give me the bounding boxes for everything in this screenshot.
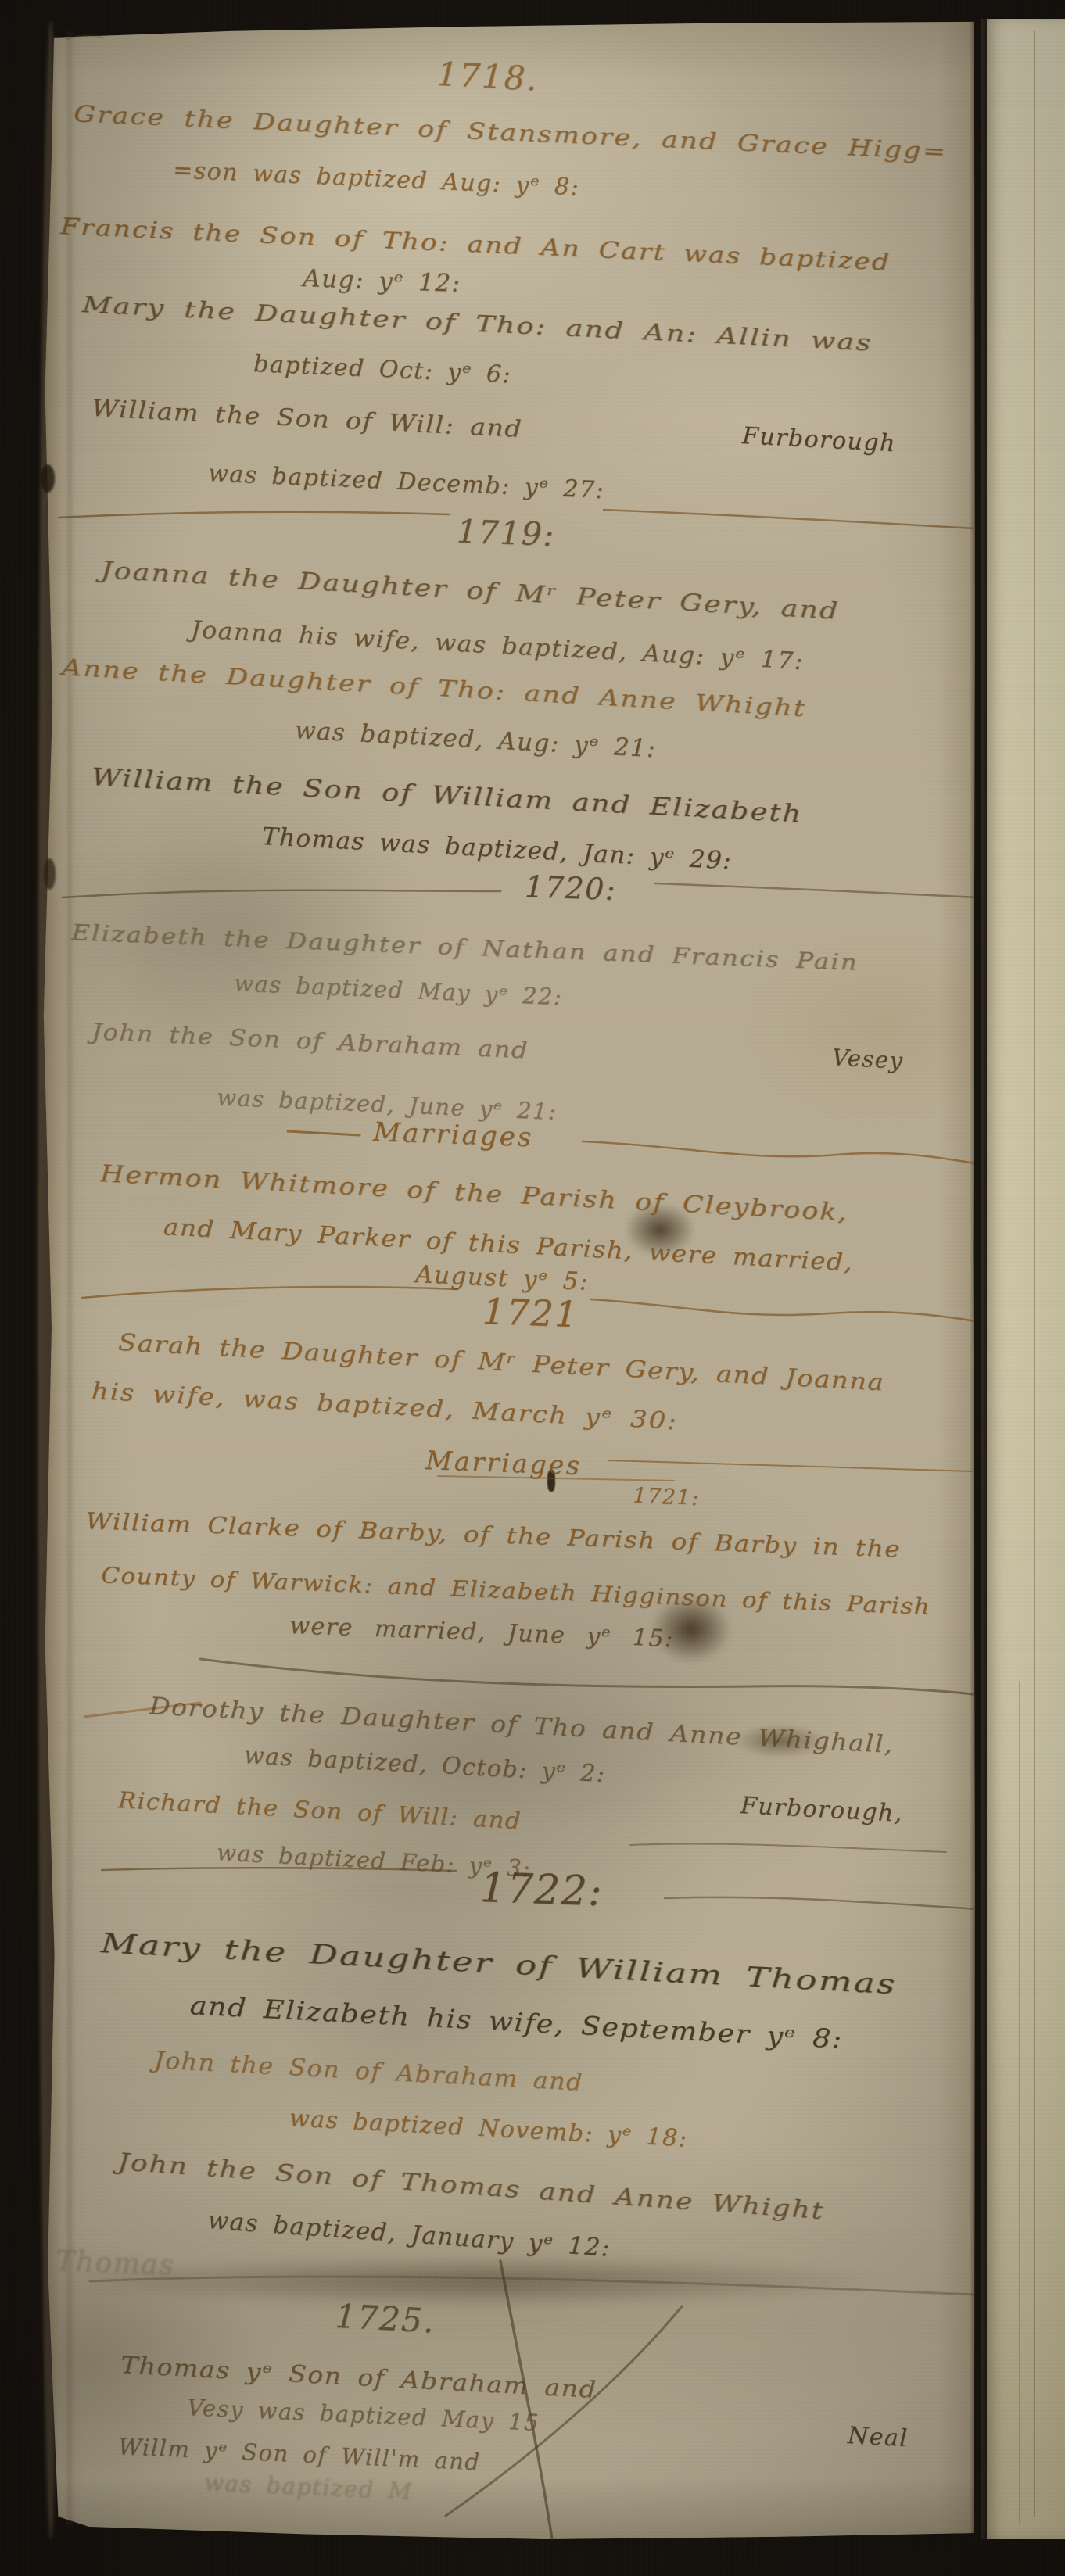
facing-page-edge [981, 19, 1065, 2539]
manuscript-photo-background: 1718.Grace the Daughter of Stansmore, an… [0, 0, 1065, 2576]
register-line: County of Warwick: and Elizabeth Higgins… [101, 1562, 931, 1620]
register-line: Francis the Son of Tho: and An Cart was … [60, 213, 891, 275]
corner-scribble [67, 35, 103, 39]
facing-page-edge-line [1019, 1681, 1020, 2525]
register-line: William the Son of Will: and [91, 395, 523, 443]
crease-ink-line [200, 1659, 973, 1694]
register-line: Joanna the Daughter of Mʳ Peter Gery, an… [100, 557, 840, 625]
year-divider-rule-1719 [604, 510, 974, 528]
year-divider-rule-1722 [630, 1844, 946, 1852]
year-divider-rule-1722 [665, 1897, 977, 1909]
section-heading-marriages: Marriages [425, 1445, 583, 1481]
register-line: William the Son of William and Elizabeth [91, 763, 803, 829]
marriages-rule [608, 1460, 972, 1471]
register-line: John the Son of Abraham and [153, 2047, 584, 2097]
register-line: John the Son of Abraham and [91, 1018, 529, 1063]
register-line: were married, June yᵉ 15: [289, 1612, 674, 1653]
register-line: was baptized, Octob: yᵉ 2: [243, 1742, 606, 1788]
register-line: baptized Oct: yᵉ 6: [253, 350, 511, 389]
year-heading-1718: 1718. [436, 55, 540, 99]
smudged-divider-rule [90, 2277, 974, 2295]
register-line: was baptized M [204, 2469, 414, 2505]
register-line: was baptized, January yᵉ 12: [206, 2206, 611, 2263]
year-divider-rule-1721 [591, 1299, 977, 1321]
ink-lines-layer: 1718.Grace the Daughter of Stansmore, an… [0, 0, 1065, 2576]
register-line: Richard the Son of Will: and [117, 1786, 522, 1834]
register-line: Mary the Daughter of Tho: and An: Allin … [81, 291, 873, 356]
register-line: =son was baptized Aug: yᵉ 8: [172, 156, 579, 202]
register-line: Willm yᵉ Son of Will'm and [118, 2433, 482, 2475]
year-heading-1721-small: 1721: [633, 1484, 700, 1510]
year-heading-1725: 1725. [334, 2297, 436, 2341]
register-line: Vesy was baptized May 15 [187, 2394, 540, 2436]
register-line: and Elizabeth his wife, September yᵉ 8: [189, 1990, 844, 2055]
year-heading-1720: 1720: [524, 869, 616, 907]
year-divider-rule-1720 [655, 883, 977, 897]
year-heading-1722: 1722: [479, 1865, 604, 1915]
surname-note: Vesey [831, 1044, 904, 1074]
register-line: Aug: yᵉ 12: [303, 264, 461, 298]
surname-note: Neal [847, 2422, 909, 2452]
year-divider-rule-1721 [82, 1287, 457, 1298]
register-line: was baptized Novemb: yᵉ 18: [289, 2105, 688, 2153]
register-line: Mary the Daughter of William Thomas [100, 1928, 898, 2001]
register-line: was baptized May yᵉ 22: [234, 969, 563, 1010]
year-heading-1719: 1719: [456, 513, 555, 554]
register-line: was baptized Decemb: yᵉ 27: [207, 460, 604, 504]
register-line: Thomas was baptized, Jan: yᵉ 29: [261, 822, 733, 875]
register-line: Elizabeth the Daughter of Nathan and Fra… [71, 919, 859, 976]
register-line: was baptized, Aug: yᵉ 21: [294, 716, 657, 763]
year-divider-rule-1719 [59, 512, 450, 518]
facing-page-edge-line [1034, 31, 1035, 2517]
surname-note: Furborough [741, 422, 897, 457]
surname-note: Furborough, [740, 1792, 904, 1828]
register-line: William Clarke of Barby, of the Parish o… [85, 1507, 902, 1562]
marriages-rule [583, 1141, 975, 1163]
section-heading-marriages: Marriages [373, 1116, 534, 1153]
register-line: his wife, was baptized, March yᵉ 30: [91, 1378, 679, 1435]
faded-ghost-text: Thomas [56, 2245, 175, 2281]
year-divider-rule-1720 [63, 890, 500, 897]
year-heading-1721: 1721 [482, 1290, 579, 1335]
marriages-dash [288, 1131, 360, 1135]
register-line: Grace the Daughter of Stansmore, and Gra… [74, 100, 948, 165]
